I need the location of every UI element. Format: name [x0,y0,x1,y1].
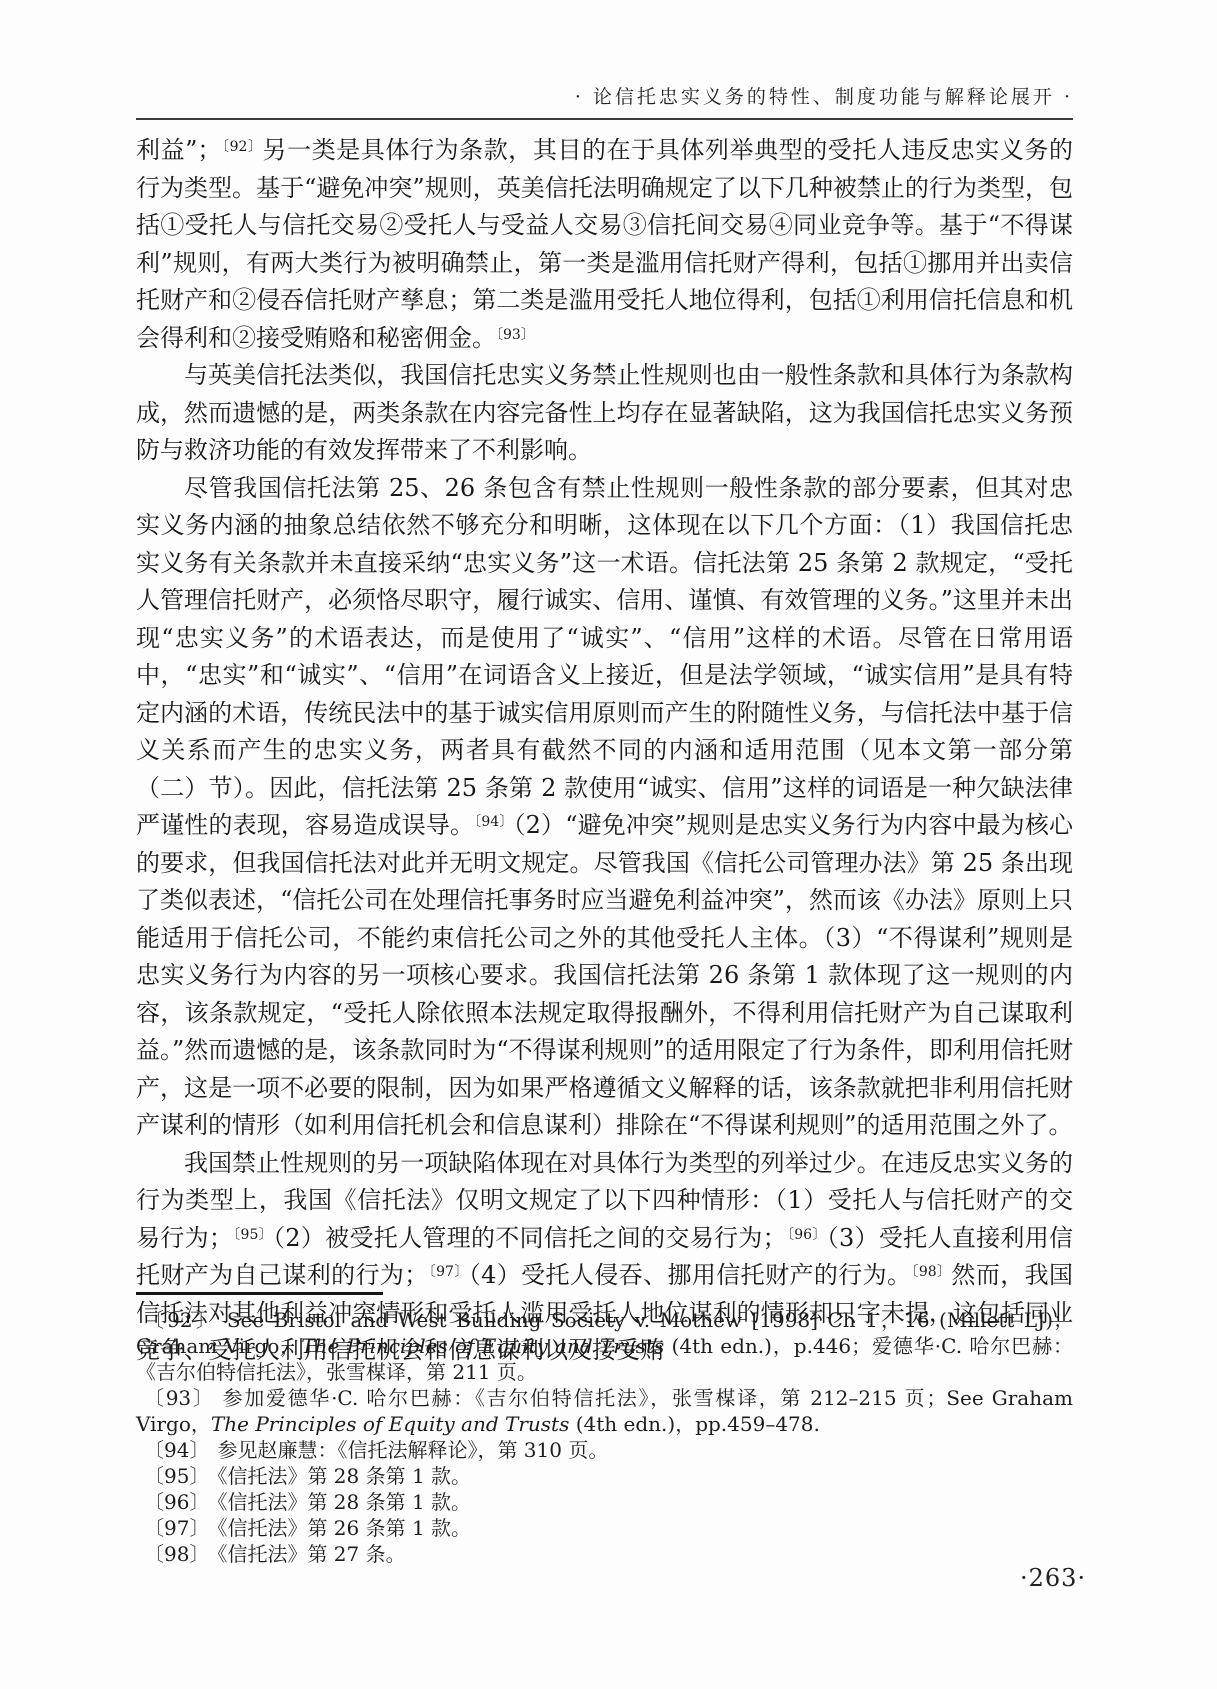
text-run: The Principles of Equity and Trusts [211,1412,569,1436]
text-run: 《信托法》第 27 条。 [217,1542,405,1566]
journal-page: · 论信托忠实义务的特性、制度功能与解释论展开 · 利益”；〔92〕另一类是具体… [0,0,1217,1689]
footnote-item: 〔94〕参见赵廉慧：《信托法解释论》，第 310 页。 [136,1437,1073,1463]
footnote-ref: 〔96〕 [787,1227,827,1243]
text-run: 《信托法》第 26 条第 1 款。 [217,1516,471,1540]
text-run: 《信托法》第 28 条第 1 款。 [217,1464,471,1488]
footnote-ref: 〔97〕 [428,1264,468,1280]
footnote-label: 〔96〕 [144,1490,209,1514]
footnote-text: 参见赵廉慧：《信托法解释论》，第 310 页。 [217,1438,608,1462]
footnote-ref: 〔98〕 [911,1264,951,1280]
text-run: 与英美信托法类似，我国信托忠实义务禁止性规则也由一般性条款和具体行为条款构成，然… [136,361,1073,464]
footnote-ref: 〔94〕 [474,814,513,830]
footnote-text: 《信托法》第 28 条第 1 款。 [217,1464,471,1488]
footnote-ref: 〔92〕 [221,139,262,155]
footnote-text: 《信托法》第 28 条第 1 款。 [217,1490,471,1514]
footnote-text: 《信托法》第 26 条第 1 款。 [217,1516,471,1540]
footnote-item: 〔95〕《信托法》第 28 条第 1 款。 [136,1463,1073,1489]
footnote-text: 《信托法》第 27 条。 [217,1542,405,1566]
footnote-label: 〔97〕 [144,1516,209,1540]
footnote-item: 〔97〕《信托法》第 26 条第 1 款。 [136,1515,1073,1541]
body-paragraph: 尽管我国信托法第 25、26 条包含有禁止性规则一般性条款的部分要素，但其对忠实… [136,470,1073,1145]
footnote-item: 〔93〕参加爱德华·C. 哈尔巴赫：《吉尔伯特信托法》，张雪楳译，第 212–2… [136,1385,1073,1437]
footnote-label: 〔94〕 [144,1438,209,1462]
page-number: ·263· [1020,1564,1086,1592]
text-run: 利益”； [136,136,221,164]
footnote-text: See Bristol and West Building Society v.… [136,1308,1073,1384]
header-rule [136,118,1073,120]
footnote-label: 〔98〕 [144,1542,209,1566]
footnote-divider [136,1292,383,1295]
text-run: 另一类是具体行为条款，其目的在于具体列举典型的受托人违反忠实义务的行为类型。基于… [136,136,1073,352]
text-run: （2）被受托人管理的不同信托之间的交易行为； [273,1224,787,1252]
text-run: (4th edn.)，pp.459–478. [569,1412,820,1436]
footnote-label: 〔93〕 [144,1386,215,1410]
footnotes-section: 〔92〕See Bristol and West Building Societ… [136,1292,1073,1567]
text-run: 尽管我国信托法第 25、26 条包含有禁止性规则一般性条款的部分要素，但其对忠实… [136,474,1073,840]
text-run: The Principles of Equity and Trusts [301,1334,664,1358]
text-run: 《信托法》第 28 条第 1 款。 [217,1490,471,1514]
footnote-item: 〔98〕《信托法》第 27 条。 [136,1541,1073,1567]
body-paragraph: 与英美信托法类似，我国信托忠实义务禁止性规则也由一般性条款和具体行为条款构成，然… [136,357,1073,470]
footnote-item: 〔96〕《信托法》第 28 条第 1 款。 [136,1489,1073,1515]
text-run: （2）“避免冲突”规则是忠实义务行为内容中最为核心的要求，但我国信托法对此并无明… [136,811,1073,1139]
footnote-label: 〔92〕 [144,1308,219,1332]
running-title: · 论信托忠实义务的特性、制度功能与解释论展开 · [136,82,1073,109]
text-run: （4）受托人侵吞、挪用信托财产的行为。 [469,1261,912,1289]
article-body: 利益”；〔92〕另一类是具体行为条款，其目的在于具体列举典型的受托人违反忠实义务… [136,132,1073,1370]
footnote-text: 参加爱德华·C. 哈尔巴赫：《吉尔伯特信托法》，张雪楳译，第 212–215 页… [136,1386,1073,1436]
footnote-ref: 〔93〕 [496,327,535,343]
footnote-label: 〔95〕 [144,1464,209,1488]
footnote-ref: 〔95〕 [233,1227,273,1243]
body-paragraph: 利益”；〔92〕另一类是具体行为条款，其目的在于具体列举典型的受托人违反忠实义务… [136,132,1073,357]
text-run: 参见赵廉慧：《信托法解释论》，第 310 页。 [217,1438,608,1462]
footnote-item: 〔92〕See Bristol and West Building Societ… [136,1307,1073,1385]
